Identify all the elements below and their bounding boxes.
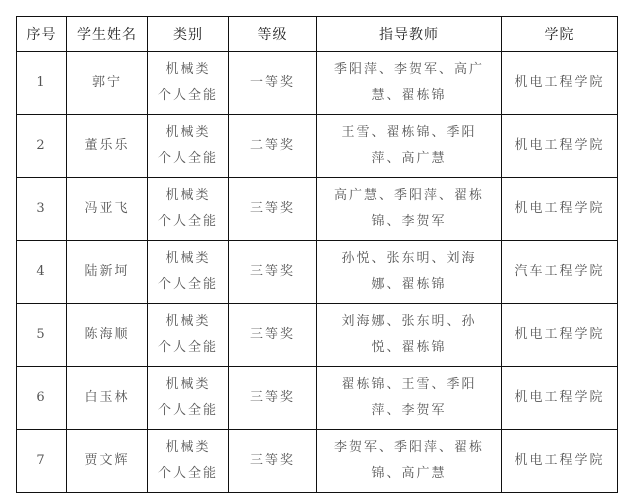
- cell-teachers: 季阳萍、李贺军、高广慧、翟栋锦: [317, 52, 502, 115]
- category-line-1: 机械类: [148, 309, 228, 335]
- cell-no: 1: [17, 52, 67, 115]
- cell-teachers: 王雪、翟栋锦、季阳萍、高广慧: [317, 115, 502, 178]
- table-row: 5 陈海顺 机械类个人全能 三等奖 刘海娜、张东明、孙悦、翟栋锦 机电工程学院: [17, 304, 618, 367]
- cell-college: 机电工程学院: [502, 430, 618, 493]
- category-line-1: 机械类: [148, 183, 228, 209]
- teachers-line-2: 悦、翟栋锦: [317, 335, 501, 361]
- table-row: 1 郭宁 机械类个人全能 一等奖 季阳萍、李贺军、高广慧、翟栋锦 机电工程学院: [17, 52, 618, 115]
- teachers-line-1: 王雪、翟栋锦、季阳: [317, 120, 501, 146]
- header-college: 学院: [502, 17, 618, 52]
- category-line-2: 个人全能: [148, 398, 228, 424]
- teachers-line-1: 翟栋锦、王雪、季阳: [317, 372, 501, 398]
- cell-college: 机电工程学院: [502, 304, 618, 367]
- cell-no: 6: [17, 367, 67, 430]
- cell-name: 贾文辉: [67, 430, 148, 493]
- cell-no: 7: [17, 430, 67, 493]
- teachers-line-2: 锦、李贺军: [317, 209, 501, 235]
- cell-no: 4: [17, 241, 67, 304]
- cell-college: 机电工程学院: [502, 52, 618, 115]
- cell-level: 一等奖: [229, 52, 317, 115]
- cell-no: 5: [17, 304, 67, 367]
- category-line-1: 机械类: [148, 120, 228, 146]
- teachers-line-2: 萍、高广慧: [317, 146, 501, 172]
- header-teachers: 指导教师: [317, 17, 502, 52]
- cell-teachers: 孙悦、张东明、刘海娜、翟栋锦: [317, 241, 502, 304]
- header-no: 序号: [17, 17, 67, 52]
- cell-college: 机电工程学院: [502, 367, 618, 430]
- category-line-2: 个人全能: [148, 272, 228, 298]
- category-line-2: 个人全能: [148, 335, 228, 361]
- cell-category: 机械类个人全能: [148, 430, 229, 493]
- cell-level: 三等奖: [229, 304, 317, 367]
- table-row: 4 陆新坷 机械类个人全能 三等奖 孙悦、张东明、刘海娜、翟栋锦 汽车工程学院: [17, 241, 618, 304]
- cell-category: 机械类个人全能: [148, 115, 229, 178]
- teachers-line-1: 季阳萍、李贺军、高广: [317, 57, 501, 83]
- cell-name: 白玉林: [67, 367, 148, 430]
- award-table: 序号 学生姓名 类别 等级 指导教师 学院 1 郭宁 机械类个人全能 一等奖 季…: [16, 16, 618, 493]
- cell-category: 机械类个人全能: [148, 304, 229, 367]
- header-category: 类别: [148, 17, 229, 52]
- cell-name: 冯亚飞: [67, 178, 148, 241]
- category-line-2: 个人全能: [148, 146, 228, 172]
- cell-name: 董乐乐: [67, 115, 148, 178]
- cell-category: 机械类个人全能: [148, 367, 229, 430]
- teachers-line-1: 刘海娜、张东明、孙: [317, 309, 501, 335]
- category-line-1: 机械类: [148, 372, 228, 398]
- cell-no: 3: [17, 178, 67, 241]
- teachers-line-1: 高广慧、季阳萍、翟栋: [317, 183, 501, 209]
- teachers-line-2: 锦、高广慧: [317, 461, 501, 487]
- teachers-line-2: 慧、翟栋锦: [317, 83, 501, 109]
- cell-name: 郭宁: [67, 52, 148, 115]
- teachers-line-2: 娜、翟栋锦: [317, 272, 501, 298]
- cell-college: 机电工程学院: [502, 178, 618, 241]
- cell-teachers: 刘海娜、张东明、孙悦、翟栋锦: [317, 304, 502, 367]
- category-line-1: 机械类: [148, 435, 228, 461]
- cell-level: 三等奖: [229, 178, 317, 241]
- cell-name: 陆新坷: [67, 241, 148, 304]
- cell-level: 三等奖: [229, 367, 317, 430]
- category-line-1: 机械类: [148, 57, 228, 83]
- cell-teachers: 翟栋锦、王雪、季阳萍、李贺军: [317, 367, 502, 430]
- cell-level: 三等奖: [229, 241, 317, 304]
- teachers-line-2: 萍、李贺军: [317, 398, 501, 424]
- table-row: 2 董乐乐 机械类个人全能 二等奖 王雪、翟栋锦、季阳萍、高广慧 机电工程学院: [17, 115, 618, 178]
- cell-name: 陈海顺: [67, 304, 148, 367]
- table-row: 6 白玉林 机械类个人全能 三等奖 翟栋锦、王雪、季阳萍、李贺军 机电工程学院: [17, 367, 618, 430]
- table-row: 7 贾文辉 机械类个人全能 三等奖 李贺军、季阳萍、翟栋锦、高广慧 机电工程学院: [17, 430, 618, 493]
- cell-teachers: 高广慧、季阳萍、翟栋锦、李贺军: [317, 178, 502, 241]
- cell-level: 二等奖: [229, 115, 317, 178]
- teachers-line-1: 李贺军、季阳萍、翟栋: [317, 435, 501, 461]
- teachers-line-1: 孙悦、张东明、刘海: [317, 246, 501, 272]
- category-line-2: 个人全能: [148, 461, 228, 487]
- category-line-1: 机械类: [148, 246, 228, 272]
- cell-category: 机械类个人全能: [148, 52, 229, 115]
- cell-teachers: 李贺军、季阳萍、翟栋锦、高广慧: [317, 430, 502, 493]
- cell-category: 机械类个人全能: [148, 241, 229, 304]
- cell-college: 汽车工程学院: [502, 241, 618, 304]
- header-name: 学生姓名: [67, 17, 148, 52]
- cell-level: 三等奖: [229, 430, 317, 493]
- cell-no: 2: [17, 115, 67, 178]
- category-line-2: 个人全能: [148, 83, 228, 109]
- header-row: 序号 学生姓名 类别 等级 指导教师 学院: [17, 17, 618, 52]
- category-line-2: 个人全能: [148, 209, 228, 235]
- cell-category: 机械类个人全能: [148, 178, 229, 241]
- header-level: 等级: [229, 17, 317, 52]
- cell-college: 机电工程学院: [502, 115, 618, 178]
- table-row: 3 冯亚飞 机械类个人全能 三等奖 高广慧、季阳萍、翟栋锦、李贺军 机电工程学院: [17, 178, 618, 241]
